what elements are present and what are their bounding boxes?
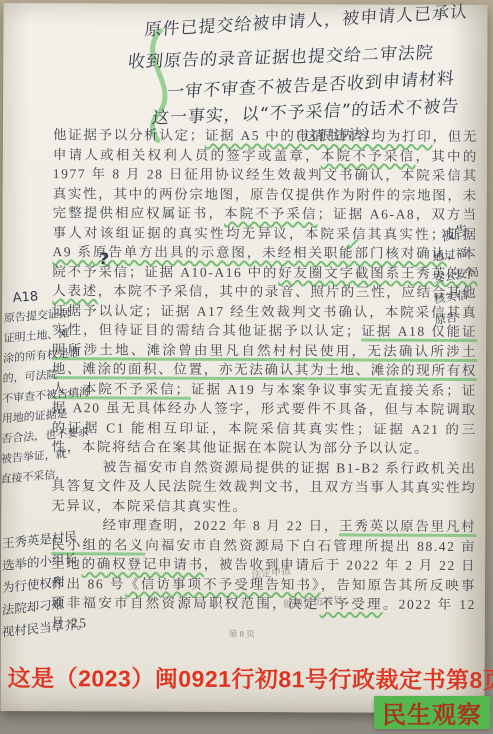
body-paragraph: 被告福安市自然资源局提供的证据 B1-B2 系行政机关出具答复文件及人民法院生效… (51, 457, 476, 517)
document-page: 原件已提交给被申请人，被申请人已承认 收到原告的录音证据也提交给二审法院 一审不… (0, 3, 487, 713)
handwritten-note-top-line1: 原件已提交给被申请人，被申请人已承认 (144, 0, 469, 41)
text-segment: 原告单方出具的示意图，未经相关职能部门核对确认 (93, 244, 447, 261)
photo-background: 原件已提交给被申请人，被申请人已承认 收到原告的录音证据也提交给二审法院 一审不… (0, 0, 493, 734)
text-segment: 他证据予以分析认定； (53, 127, 205, 143)
margin-note-right-block: 通过福安公安局核实信原告 (432, 241, 480, 332)
margin-note-left-block1: 原告提交证据证明土地、滩涂的所有权是谁的，可法院不审查不被告填海用地的证据是否合… (0, 302, 92, 490)
watermark-badge: 民生观察 (374, 696, 490, 729)
text-segment: 《信访事项不予受理告知书》 (125, 576, 321, 592)
text-segment: 本院不予采信 (224, 206, 318, 221)
text-segment: 证据 A5 中的申请书内容均为打印 (205, 128, 433, 144)
check-mark-annotation: ✓ (343, 231, 363, 257)
margin-note-a18-label: A18 (12, 289, 38, 306)
body-paragraph: 他证据予以分析认定；证据 A5 中的申请书内容均为打印，但无申请人或相关权利人员… (52, 125, 478, 458)
text-segment: 被告福安市自然资源局提供的证据 B1-B2 系行政机关出具答复文件及人民法院生效… (51, 459, 476, 514)
text-segment: 经审理查明，2022 年 8 月 22 日， (103, 517, 340, 533)
page-number: 第8页 (1, 626, 485, 641)
caption-text: 这是（2023）闽0921行初81号行政裁定书第8页 (8, 660, 478, 695)
text-segment: A9 系 (52, 244, 92, 259)
text-segment: 的确权登记申请书 (82, 556, 204, 572)
document-body-text: 他证据予以分析认定；证据 A5 中的申请书内容均为打印，但无申请人或相关权利人员… (51, 125, 478, 634)
text-segment: 本院不予采信 (321, 148, 416, 163)
